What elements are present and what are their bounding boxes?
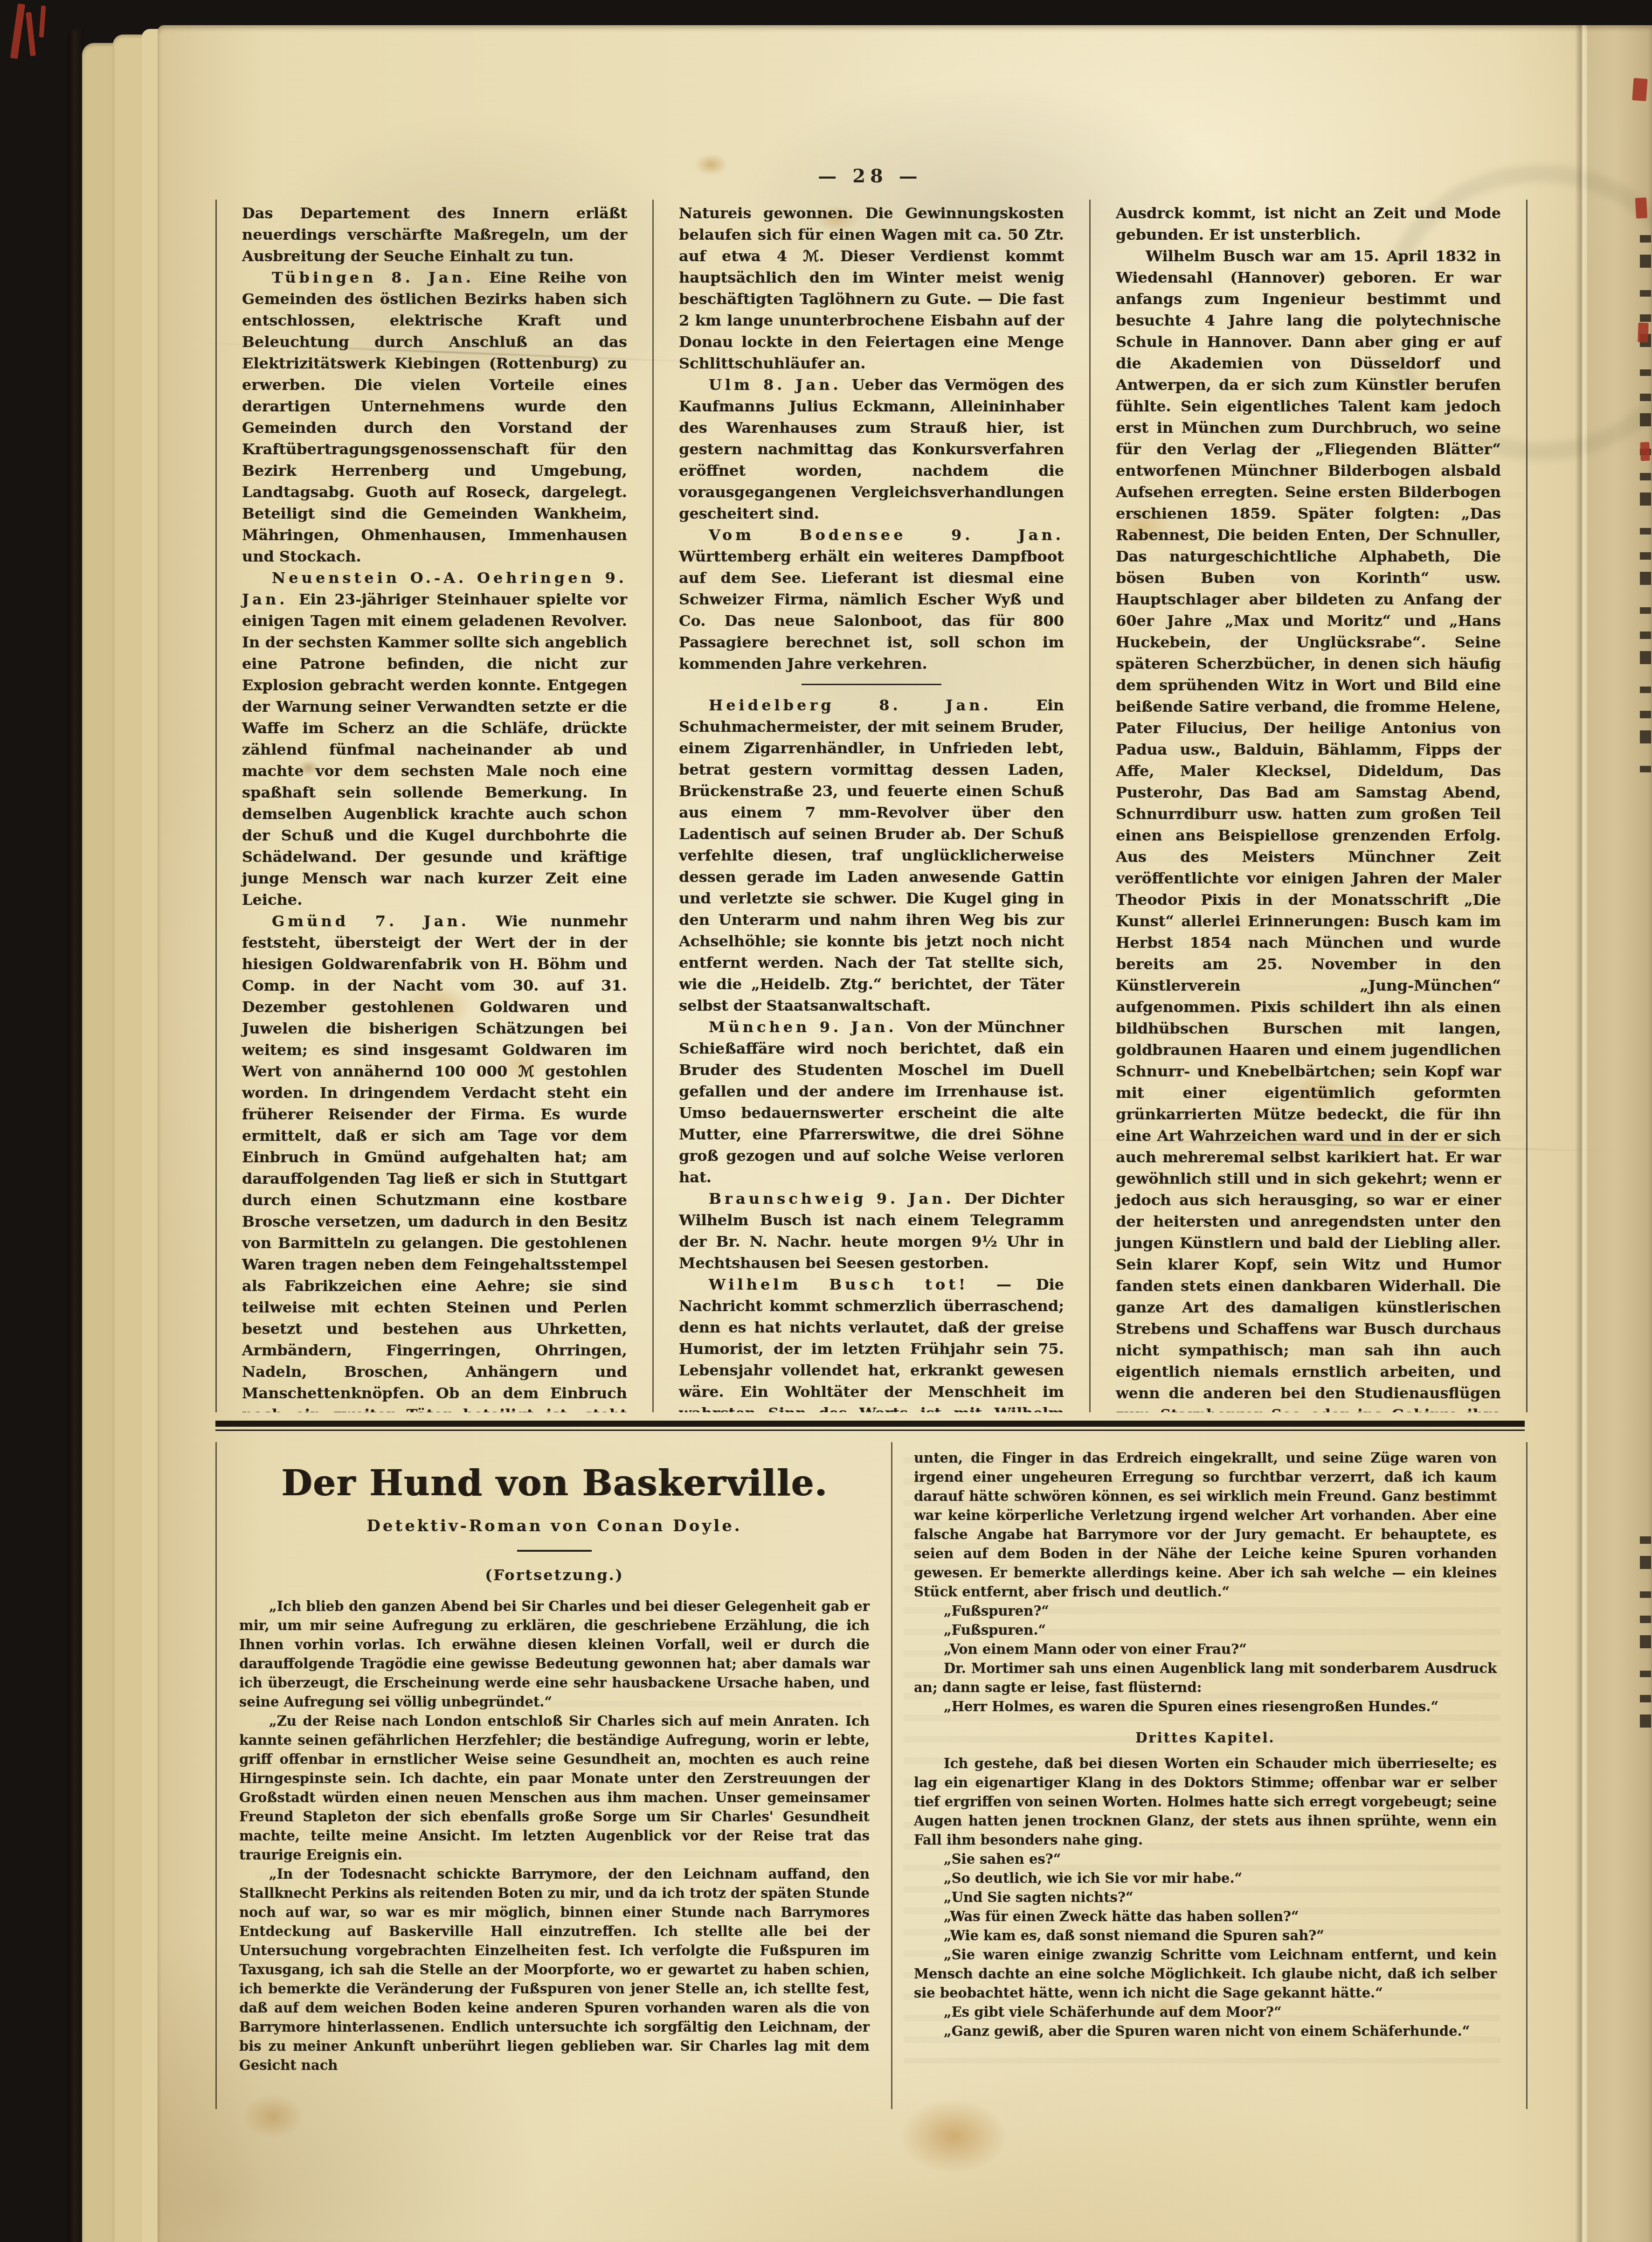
page-number: — 28 —: [215, 165, 1525, 187]
page-edge: [113, 35, 144, 2242]
paragraph: Ulm 8. Jan. Ueber das Vermögen des Kaufm…: [679, 374, 1064, 524]
news-column-3: Ausdrck kommt, ist nicht an Zeit und Mod…: [1091, 200, 1526, 1412]
column-divider: [802, 684, 941, 685]
paragraph: Vom Bodensee 9. Jan. Württemberg erhält …: [679, 524, 1064, 674]
paragraph: „Wie kam es, daß sonst niemand die Spure…: [914, 1926, 1497, 1945]
paragraph: „Sie waren einige zwanzig Schritte vom L…: [914, 1945, 1497, 2003]
paragraph: „Sie sahen es?“: [914, 1850, 1497, 1869]
paragraph: unten, die Finger in das Erdreich eingek…: [914, 1449, 1497, 1602]
page-edge: [82, 43, 115, 2242]
dateline: Braunschweig 9. Jan.: [709, 1190, 964, 1208]
red-mark: [10, 3, 25, 59]
feuilleton-right-column: unten, die Finger in das Erdreich eingek…: [891, 1442, 1515, 2109]
paragraph: „Ich blieb den ganzen Abend bei Sir Char…: [239, 1597, 870, 1712]
red-mark: [39, 6, 46, 38]
red-mark: [26, 12, 36, 56]
book-spine: [68, 30, 84, 2242]
edge-text-fragments: [1640, 1536, 1651, 1737]
dateline: Vom Bodensee 9. Jan.: [709, 526, 1064, 544]
dateline: Gmünd 7. Jan.: [272, 912, 496, 930]
paragraph: „Ganz gewiß, aber die Spuren waren nicht…: [914, 2022, 1497, 2041]
news-column-1: Das Departement des Innern erläßt neuerd…: [217, 200, 652, 1412]
feuilleton-left-column: Der Hund von Baskerville. Detektiv-Roman…: [217, 1442, 891, 2109]
paragraph: Das Departement des Innern erläßt neuerd…: [242, 202, 627, 267]
paragraph: Ausdrck kommt, ist nicht an Zeit und Mod…: [1116, 202, 1501, 245]
feuilleton-subtitle: Detektiv-Roman von Conan Doyle.: [239, 1517, 870, 1536]
paragraph: „Fußspuren.“: [914, 1621, 1497, 1640]
dateline: Neuenstein O.-A. Oehringen 9. Jan.: [242, 569, 627, 608]
paragraph: Braunschweig 9. Jan. Der Dichter Wilhelm…: [679, 1188, 1064, 1274]
page-fold-crease: [1575, 25, 1588, 2242]
paragraph: Wilhelm Busch war am 15. April 1832 in W…: [1116, 245, 1501, 1412]
paragraph: München 9. Jan. Von der Münchner Schießa…: [679, 1016, 1064, 1188]
paragraph: Neuenstein O.-A. Oehringen 9. Jan. Ein 2…: [242, 567, 627, 910]
feuilleton-section: Der Hund von Baskerville. Detektiv-Roman…: [215, 1442, 1528, 2109]
paragraph: Ich gestehe, daß bei diesen Worten ein S…: [914, 1754, 1497, 1850]
dateline: München 9. Jan.: [709, 1018, 906, 1036]
feuilleton-title: Der Hund von Baskerville.: [239, 1462, 870, 1505]
chapter-heading: Drittes Kapitel.: [914, 1728, 1497, 1748]
section-rule: [215, 1421, 1525, 1431]
paragraph: „Herr Holmes, es waren die Spuren eines …: [914, 1697, 1497, 1716]
paragraph: „Und Sie sagten nichts?“: [914, 1888, 1497, 1907]
paragraph: „Es gibt viele Schäferhunde auf dem Moor…: [914, 2003, 1497, 2022]
paragraph: „Fußspuren?“: [914, 1602, 1497, 1621]
paragraph: „Was für einen Zweck hätte das haben sol…: [914, 1907, 1497, 1926]
paragraph: „Von einem Mann oder von einer Frau?“: [914, 1640, 1497, 1659]
newspaper-page: — 28 — Das Departement des Innern erläßt…: [158, 25, 1652, 2242]
news-section: Das Departement des Innern erläßt neuerd…: [215, 200, 1528, 1412]
edge-text-fragments: [1640, 235, 1651, 785]
feuilleton-header: Der Hund von Baskerville. Detektiv-Roman…: [239, 1462, 870, 1585]
paragraph: „Zu der Reise nach London entschloß Sir …: [239, 1712, 870, 1865]
dateline: Wilhelm Busch tot!: [709, 1276, 996, 1293]
continuation-note: (Fortsetzung.): [239, 1566, 870, 1585]
paragraph: Wilhelm Busch tot! — Die Nachricht kommt…: [679, 1274, 1064, 1412]
paragraph: Natureis gewonnen. Die Gewinnungskosten …: [679, 202, 1064, 374]
dateline: Tübingen 8. Jan.: [272, 269, 489, 286]
dateline: Heidelberg 8. Jan.: [709, 696, 1036, 714]
header-divider: [517, 1550, 592, 1552]
paragraph: „So deutlich, wie ich Sie vor mir habe.“: [914, 1869, 1497, 1888]
paragraph: „In der Todesnacht schickte Barrymore, d…: [239, 1865, 870, 2075]
paragraph: Dr. Mortimer sah uns einen Augenblick la…: [914, 1659, 1497, 1697]
paragraph: Heidelberg 8. Jan. Ein Schuhmachermeiste…: [679, 694, 1064, 1016]
scanned-book-page: — 28 — Das Departement des Innern erläßt…: [0, 0, 1652, 2242]
dateline: Ulm 8. Jan.: [709, 376, 852, 394]
paragraph: Gmünd 7. Jan. Wie nunmehr feststeht, übe…: [242, 910, 627, 1412]
news-column-2: Natureis gewonnen. Die Gewinnungskosten …: [652, 200, 1091, 1412]
feuilleton-left-text: „Ich blieb den ganzen Abend bei Sir Char…: [239, 1597, 870, 2075]
paragraph: Tübingen 8. Jan. Eine Reihe von Gemeinde…: [242, 267, 627, 567]
